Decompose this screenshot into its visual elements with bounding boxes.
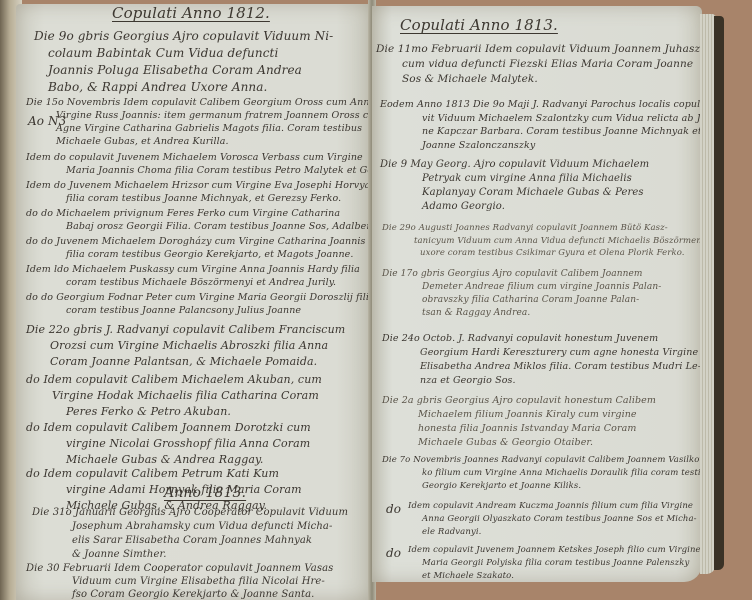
entry-r-8: Die 7o Novembris Joannes Radvanyi copula… xyxy=(382,454,702,493)
right-page-heading: Copulati Anno 1813. xyxy=(400,18,558,32)
book-cover-edge xyxy=(714,16,724,570)
entry-1812-8: do do Georgium Fodnar Peter cum Virgine … xyxy=(26,292,372,317)
right-page: Copulati Anno 1813. Die 11mo Februarii I… xyxy=(372,6,702,582)
ditto-marker: do xyxy=(386,546,401,560)
entry-r-10: Idem copulavit Juvenem Joannem Ketskes J… xyxy=(408,544,701,582)
entry-r-3: Die 9 May Georg. Ajro copulavit Viduum M… xyxy=(380,158,649,214)
entry-r-1: Die 11mo Februarii Idem copulavit Viduum… xyxy=(376,42,700,87)
entry-1812-2: Die 15o Novembris Idem copulavit Calibem… xyxy=(26,96,372,148)
entry-r-9: Idem copulavit Andream Kuczma Joannis fi… xyxy=(408,500,697,539)
entry-number-marker: Ao N3 xyxy=(28,114,66,128)
entry-r-4: Die 29o Augusti Joannes Radvanyi copulav… xyxy=(382,222,702,260)
entry-1813-1: Die 31o Januarii Georgius Ajro Cooperato… xyxy=(32,506,348,562)
entry-1813-2: Die 30 Februarii Idem Cooperator copulav… xyxy=(26,562,333,600)
entry-1812-10: do Idem copulavit Calibem Michaelem Akub… xyxy=(26,372,322,420)
entry-1812-1: Die 9o gbris Georgius Ajro copulavit Vid… xyxy=(34,28,333,96)
left-page: Copulati Anno 1812. Die 9o gbris Georgiu… xyxy=(16,4,372,600)
ditto-marker: do xyxy=(386,502,401,516)
left-page-heading: Copulati Anno 1812. xyxy=(112,6,270,20)
open-register-book: Copulati Anno 1812. Die 9o gbris Georgiu… xyxy=(0,0,752,600)
entry-r-5: Die 17o gbris Georgius Ajro copulavit Ca… xyxy=(382,268,661,320)
entry-1812-6: do do Juvenem Michaelem Dorogházy cum Vi… xyxy=(26,236,372,261)
entry-1812-7: Idem ldo Michaelem Puskassy cum Virgine … xyxy=(26,264,360,289)
entry-1812-4: Idem do Juvenem Michaelem Hrizsor cum Vi… xyxy=(26,180,372,205)
entry-1812-3: Idem do copulavit Juvenem Michaelem Voro… xyxy=(26,152,372,177)
entry-1812-5: do do Michaelem privignum Feres Ferko cu… xyxy=(26,208,372,233)
left-page-subheading: Anno 1813. xyxy=(164,486,246,500)
entry-1812-9: Die 22o gbris J. Radvanyi copulavit Cali… xyxy=(26,322,345,370)
entry-1812-11: do Idem copulavit Calibem Joannem Dorotz… xyxy=(26,420,311,468)
entry-r-2: Eodem Anno 1813 Die 9o Maji J. Radvanyi … xyxy=(380,98,702,152)
entry-r-6: Die 24o Octob. J. Radvanyi copulavit hon… xyxy=(382,332,701,388)
entry-r-7: Die 2a gbris Georgius Ajro copulavit hon… xyxy=(382,394,656,450)
